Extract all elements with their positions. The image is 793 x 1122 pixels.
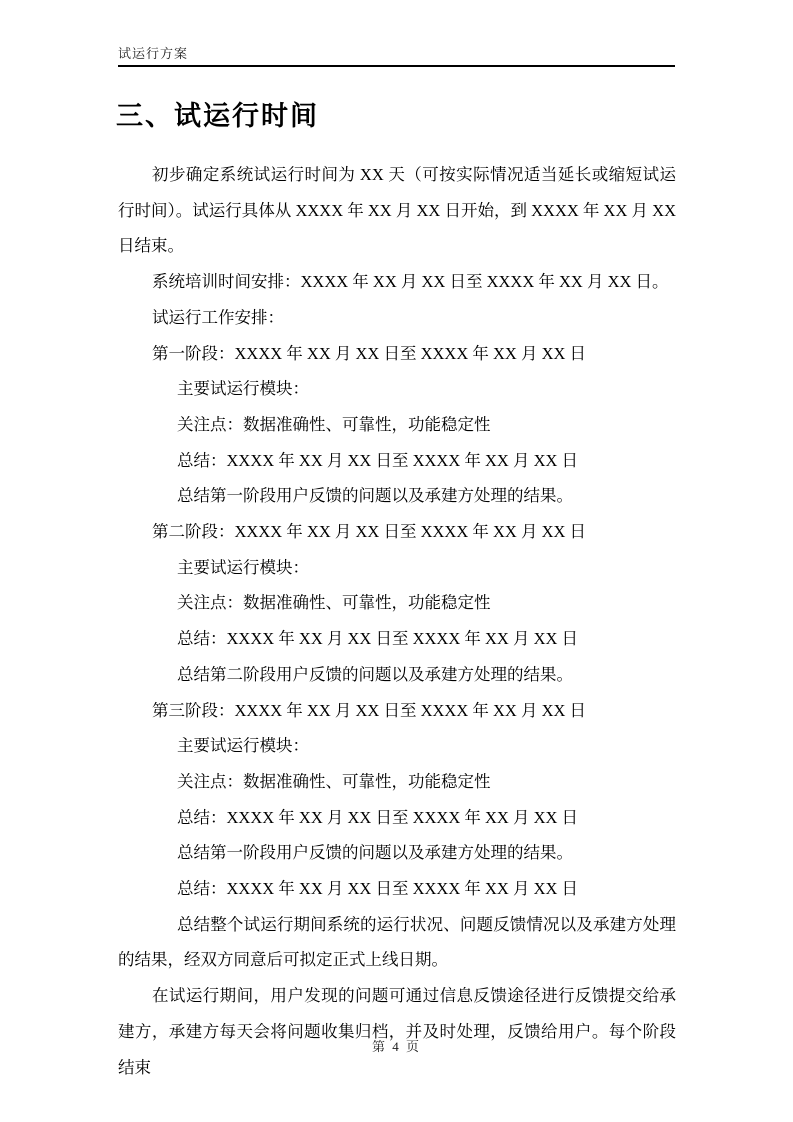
paragraph: 总结整个试运行期间系统的运行状况、问题反馈情况以及承建方处理的结果，经双方同意后… bbox=[118, 907, 676, 978]
paragraph: 总结：XXXX 年 XX 月 XX 日至 XXXX 年 XX 月 XX 日 bbox=[118, 871, 676, 907]
paragraph: 试运行工作安排： bbox=[118, 300, 676, 336]
document-body: 初步确定系统试运行时间为 XX 天（可按实际情况适当延长或缩短试运行时间）。试运… bbox=[118, 157, 676, 1085]
header-title: 试运行方案 bbox=[118, 45, 675, 63]
paragraph: 总结：XXXX 年 XX 月 XX 日至 XXXX 年 XX 月 XX 日 bbox=[118, 621, 676, 657]
paragraph: 主要试运行模块： bbox=[118, 550, 676, 586]
paragraph: 关注点：数据准确性、可靠性，功能稳定性 bbox=[118, 407, 676, 443]
page-footer: 第 4 页 bbox=[0, 1036, 793, 1055]
document-page: 试运行方案 三、试运行时间 初步确定系统试运行时间为 XX 天（可按实际情况适当… bbox=[0, 0, 793, 1122]
paragraph: 总结：XXXX 年 XX 月 XX 日至 XXXX 年 XX 月 XX 日 bbox=[118, 800, 676, 836]
header-rule bbox=[118, 65, 675, 67]
page-number: 第 4 页 bbox=[372, 1039, 421, 1054]
page-header: 试运行方案 bbox=[118, 45, 675, 67]
paragraph: 初步确定系统试运行时间为 XX 天（可按实际情况适当延长或缩短试运行时间）。试运… bbox=[118, 157, 676, 264]
paragraph-stage-3: 第三阶段：XXXX 年 XX 月 XX 日至 XXXX 年 XX 月 XX 日 bbox=[118, 693, 676, 729]
paragraph-stage-1: 第一阶段：XXXX 年 XX 月 XX 日至 XXXX 年 XX 月 XX 日 bbox=[118, 336, 676, 372]
paragraph: 主要试运行模块： bbox=[118, 728, 676, 764]
paragraph-stage-2: 第二阶段：XXXX 年 XX 月 XX 日至 XXXX 年 XX 月 XX 日 bbox=[118, 514, 676, 550]
paragraph: 主要试运行模块： bbox=[118, 371, 676, 407]
paragraph: 总结第一阶段用户反馈的问题以及承建方处理的结果。 bbox=[118, 478, 676, 514]
paragraph: 关注点：数据准确性、可靠性，功能稳定性 bbox=[118, 764, 676, 800]
paragraph: 总结第一阶段用户反馈的问题以及承建方处理的结果。 bbox=[118, 835, 676, 871]
paragraph: 系统培训时间安排：XXXX 年 XX 月 XX 日至 XXXX 年 XX 月 X… bbox=[118, 264, 676, 300]
paragraph: 总结第二阶段用户反馈的问题以及承建方处理的结果。 bbox=[118, 657, 676, 693]
paragraph: 总结：XXXX 年 XX 月 XX 日至 XXXX 年 XX 月 XX 日 bbox=[118, 443, 676, 479]
section-heading: 三、试运行时间 bbox=[116, 96, 319, 136]
paragraph: 在试运行期间，用户发现的问题可通过信息反馈途径进行反馈提交给承建方，承建方每天会… bbox=[118, 978, 676, 1085]
paragraph: 关注点：数据准确性、可靠性，功能稳定性 bbox=[118, 585, 676, 621]
